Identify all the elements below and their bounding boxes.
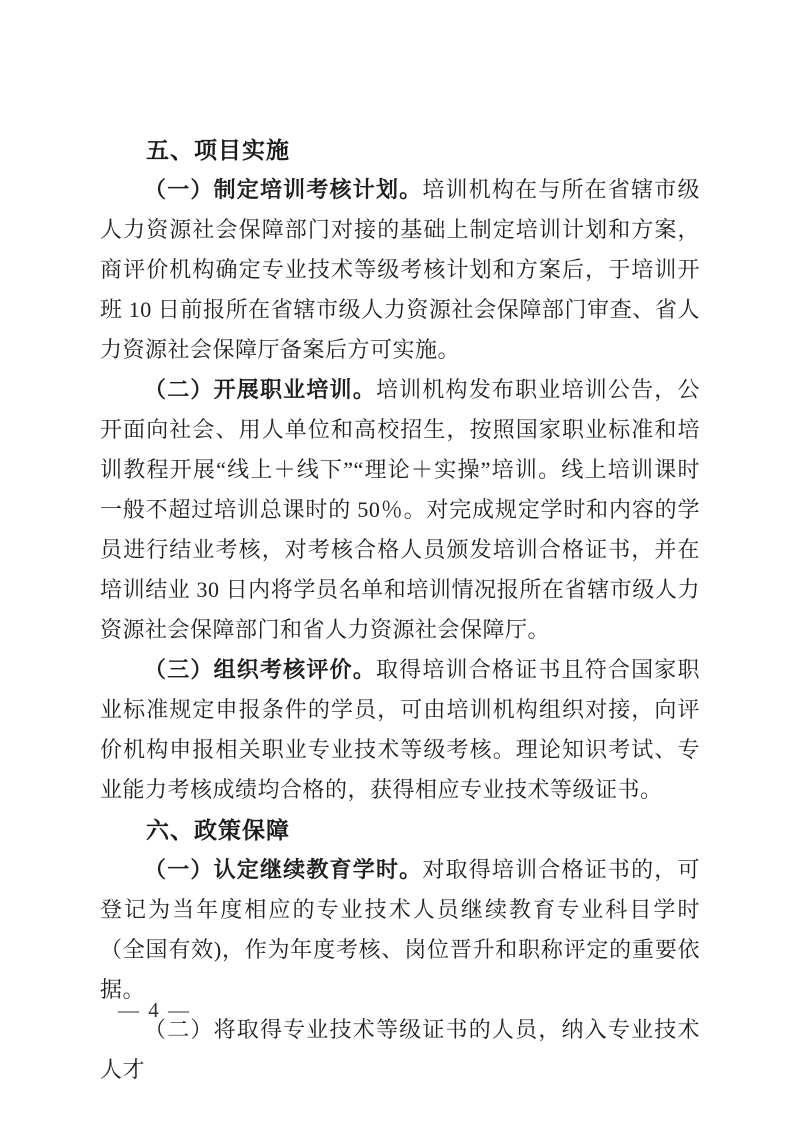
paragraph-text: 培训机构发布职业培训公告，公开面向社会、用人单位和高校招生，按照国家职业标准和培… [100, 377, 700, 642]
section-heading-policy-support: 六、政策保障 [100, 810, 700, 850]
paragraph-text: 培训机构在与所在省辖市级人力资源社会保障部门对接的基础上制定培训计划和方案，商评… [100, 177, 700, 362]
page-footer: — 4 — [118, 996, 191, 1024]
paragraph: （一）认定继续教育学时。对取得培训合格证书的，可登记为当年度相应的专业技术人员继… [100, 850, 700, 1010]
paragraph-lead: （一）制定培训考核计划。 [144, 177, 422, 202]
document-body: 五、项目实施 （一）制定培训考核计划。培训机构在与所在省辖市级人力资源社会保障部… [100, 130, 700, 1090]
paragraph: （三）组织考核评价。取得培训合格证书且符合国家职业标准规定申报条件的学员，可由培… [100, 650, 700, 810]
paragraph-lead: （二）开展职业培训。 [144, 377, 376, 402]
paragraph-text: （二）将取得专业技术等级证书的人员，纳入专业技术人才 [100, 1017, 700, 1082]
document-page: 五、项目实施 （一）制定培训考核计划。培训机构在与所在省辖市级人力资源社会保障部… [0, 0, 800, 1131]
paragraph-lead: （三）组织考核评价。 [144, 657, 376, 682]
paragraph: （一）制定培训考核计划。培训机构在与所在省辖市级人力资源社会保障部门对接的基础上… [100, 170, 700, 370]
paragraph-lead: （一）认定继续教育学时。 [144, 857, 422, 882]
page-number: — 4 — [118, 998, 191, 1022]
paragraph: （二）开展职业培训。培训机构发布职业培训公告，公开面向社会、用人单位和高校招生，… [100, 370, 700, 650]
section-heading-project-implementation: 五、项目实施 [100, 130, 700, 170]
